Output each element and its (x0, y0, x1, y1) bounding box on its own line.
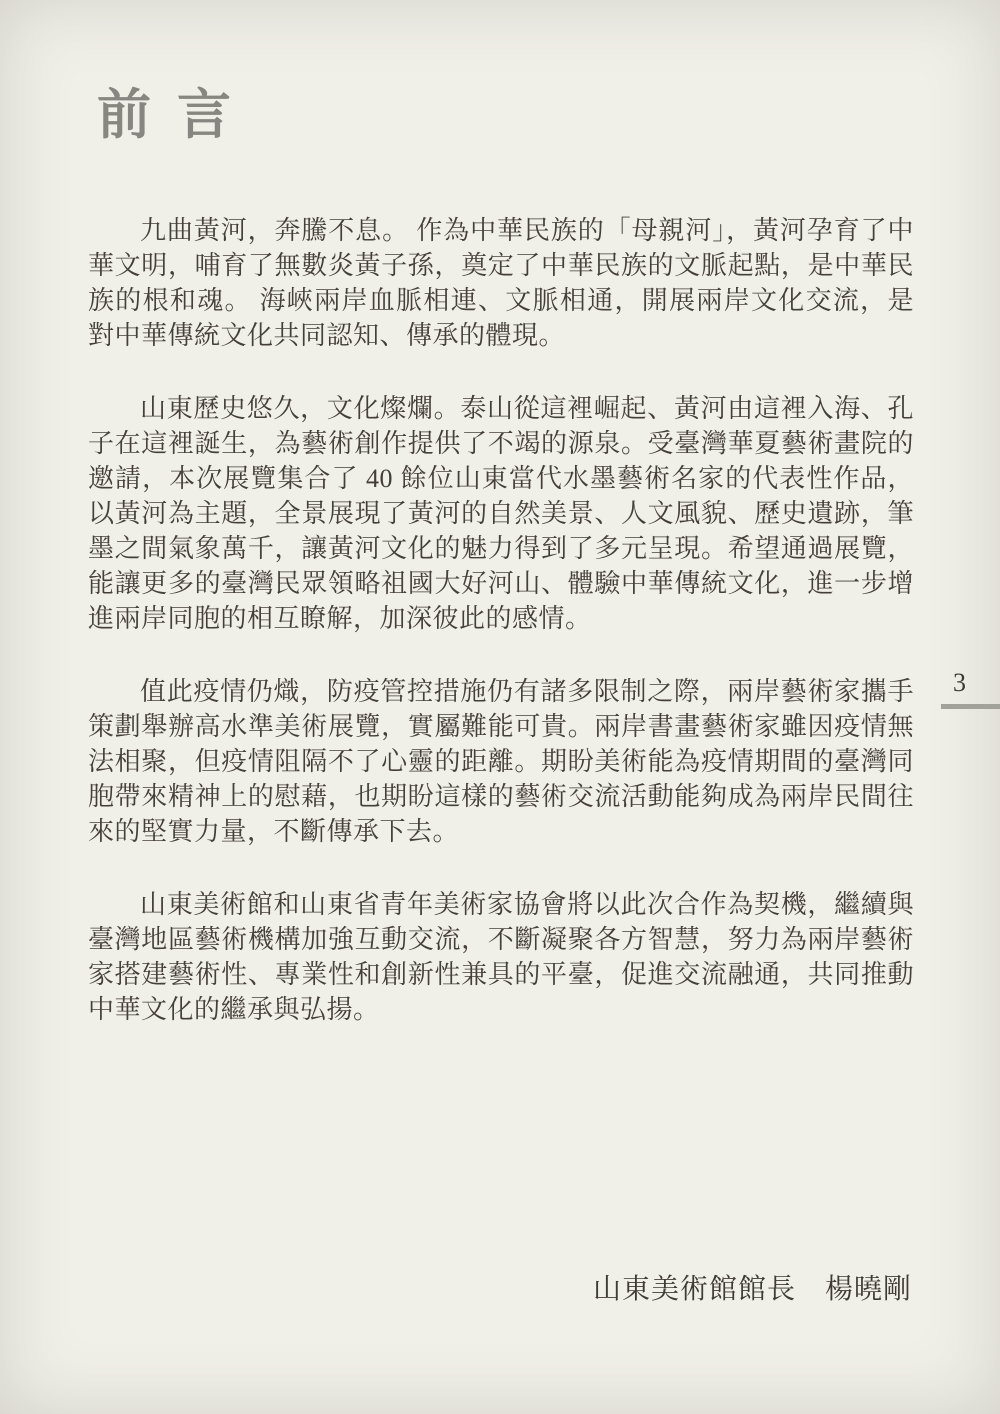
page-number-rule (941, 704, 1000, 709)
page-title: 前言 (97, 86, 257, 145)
signature: 山東美術館館長 楊曉剛 (88, 1267, 912, 1307)
page-number: 3 (953, 668, 983, 698)
paragraph: 值此疫情仍熾，防疫管控措施仍有諸多限制之際，兩岸藝術家攜手策劃舉辦高水準美術展覽… (88, 674, 914, 849)
paragraph: 九曲黃河，奔騰不息。 作為中華民族的「母親河」，黃河孕育了中華文明，哺育了無數炎… (88, 213, 914, 353)
preface-body: 九曲黃河，奔騰不息。 作為中華民族的「母親河」，黃河孕育了中華文明，哺育了無數炎… (88, 213, 914, 1065)
document-page: 前言 九曲黃河，奔騰不息。 作為中華民族的「母親河」，黃河孕育了中華文明，哺育了… (0, 0, 1000, 1414)
paragraph: 山東歷史悠久，文化燦爛。泰山從這裡崛起、黃河由這裡入海、孔子在這裡誕生，為藝術創… (88, 391, 914, 636)
paragraph: 山東美術館和山東省青年美術家協會將以此次合作為契機，繼續與臺灣地區藝術機構加強互… (88, 887, 914, 1027)
